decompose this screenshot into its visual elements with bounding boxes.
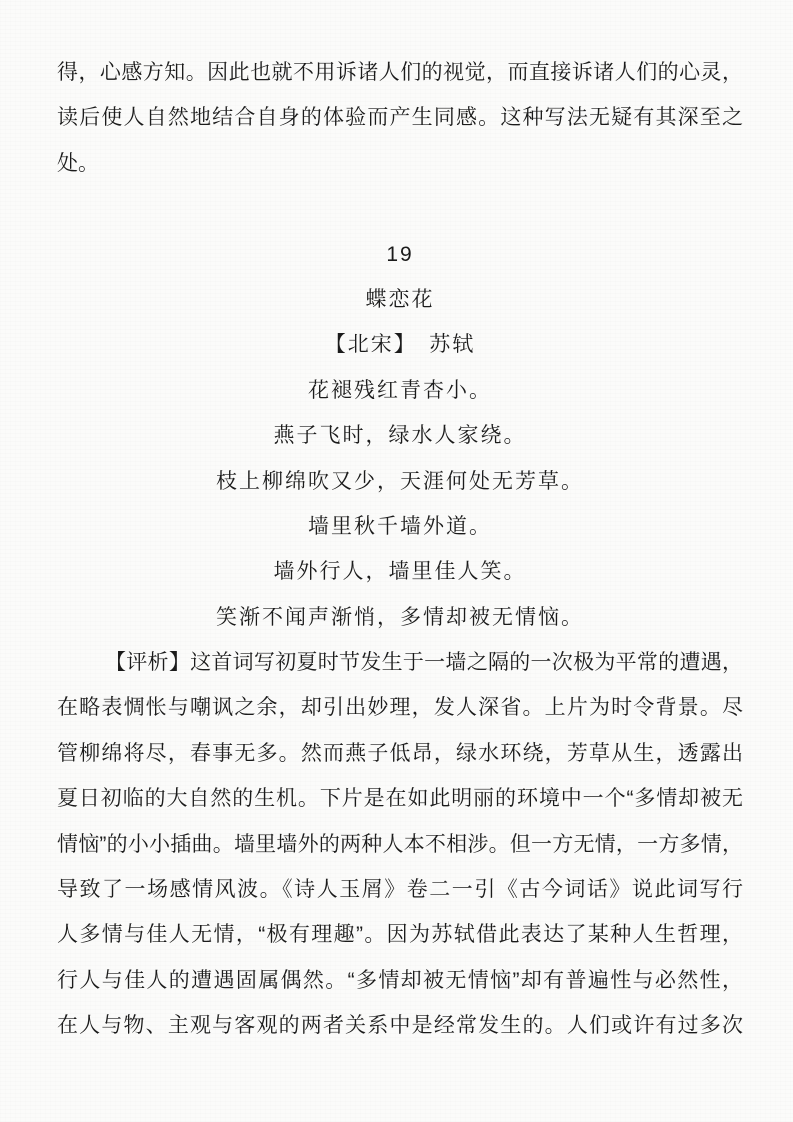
poem-line: 花褪残红青杏小。 [57, 368, 743, 413]
analysis-line: 【评析】这首词写初夏时节发生于一墙之隔的一次极为平常的遭遇， [57, 640, 743, 685]
poem-body: 花褪残红青杏小。 燕子飞时，绿水人家绕。 枝上柳绵吹又少，天涯何处无芳草。 墙里… [57, 368, 743, 640]
analysis-line: 夏日初临的大自然的生机。下片是在如此明丽的环境中一个“多情却被无 [57, 776, 743, 821]
analysis-line: 在略表惆怅与嘲讽之余，却引出妙理，发人深省。上片为时令背景。尽 [57, 685, 743, 730]
analysis-line: 情恼”的小小插曲。墙里墙外的两种人本不相涉。但一方无情，一方多情， [57, 822, 743, 867]
intro-paragraph: 得，心感方知。因此也就不用诉诸人们的视觉，而直接诉诸人们的心灵， 读后使人自然地… [57, 50, 743, 186]
poem-byline: 【北宋】 苏轼 [57, 322, 743, 367]
poem-section: 19 蝶恋花 【北宋】 苏轼 花褪残红青杏小。 燕子飞时，绿水人家绕。 枝上柳绵… [57, 232, 743, 641]
analysis-line: 管柳绵将尽，春事无多。然而燕子低昂，绿水环绕，芳草从生，透露出 [57, 731, 743, 776]
intro-line: 处。 [57, 141, 743, 186]
analysis-line: 行人与佳人的遭遇固属偶然。“多情却被无情恼”却有普遍性与必然性， [57, 958, 743, 1003]
poem-line: 枝上柳绵吹又少，天涯何处无芳草。 [57, 459, 743, 504]
scanned-book-page: 得，心感方知。因此也就不用诉诸人们的视觉，而直接诉诸人们的心灵， 读后使人自然地… [0, 0, 793, 1122]
analysis-line: 人多情与佳人无情，“极有理趣”。因为苏轼借此表达了某种人生哲理， [57, 912, 743, 957]
poem-line: 墙外行人，墙里佳人笑。 [57, 549, 743, 594]
analysis-paragraph: 【评析】这首词写初夏时节发生于一墙之隔的一次极为平常的遭遇， 在略表惆怅与嘲讽之… [57, 640, 743, 1049]
intro-line: 读后使人自然地结合自身的体验而产生同感。这种写法无疑有其深至之 [57, 95, 743, 140]
poem-number: 19 [57, 232, 743, 277]
poem-line: 燕子飞时，绿水人家绕。 [57, 413, 743, 458]
intro-line: 得，心感方知。因此也就不用诉诸人们的视觉，而直接诉诸人们的心灵， [57, 50, 743, 95]
poem-line: 笑渐不闻声渐悄，多情却被无情恼。 [57, 595, 743, 640]
blank-line-spacer [57, 186, 743, 231]
poem-line: 墙里秋千墙外道。 [57, 504, 743, 549]
analysis-line: 导致了一场感情风波。《诗人玉屑》卷二一引《古今词话》说此词写行 [57, 867, 743, 912]
poem-title: 蝶恋花 [57, 277, 743, 322]
analysis-line: 在人与物、主观与客观的两者关系中是经常发生的。人们或许有过多次 [57, 1003, 743, 1048]
